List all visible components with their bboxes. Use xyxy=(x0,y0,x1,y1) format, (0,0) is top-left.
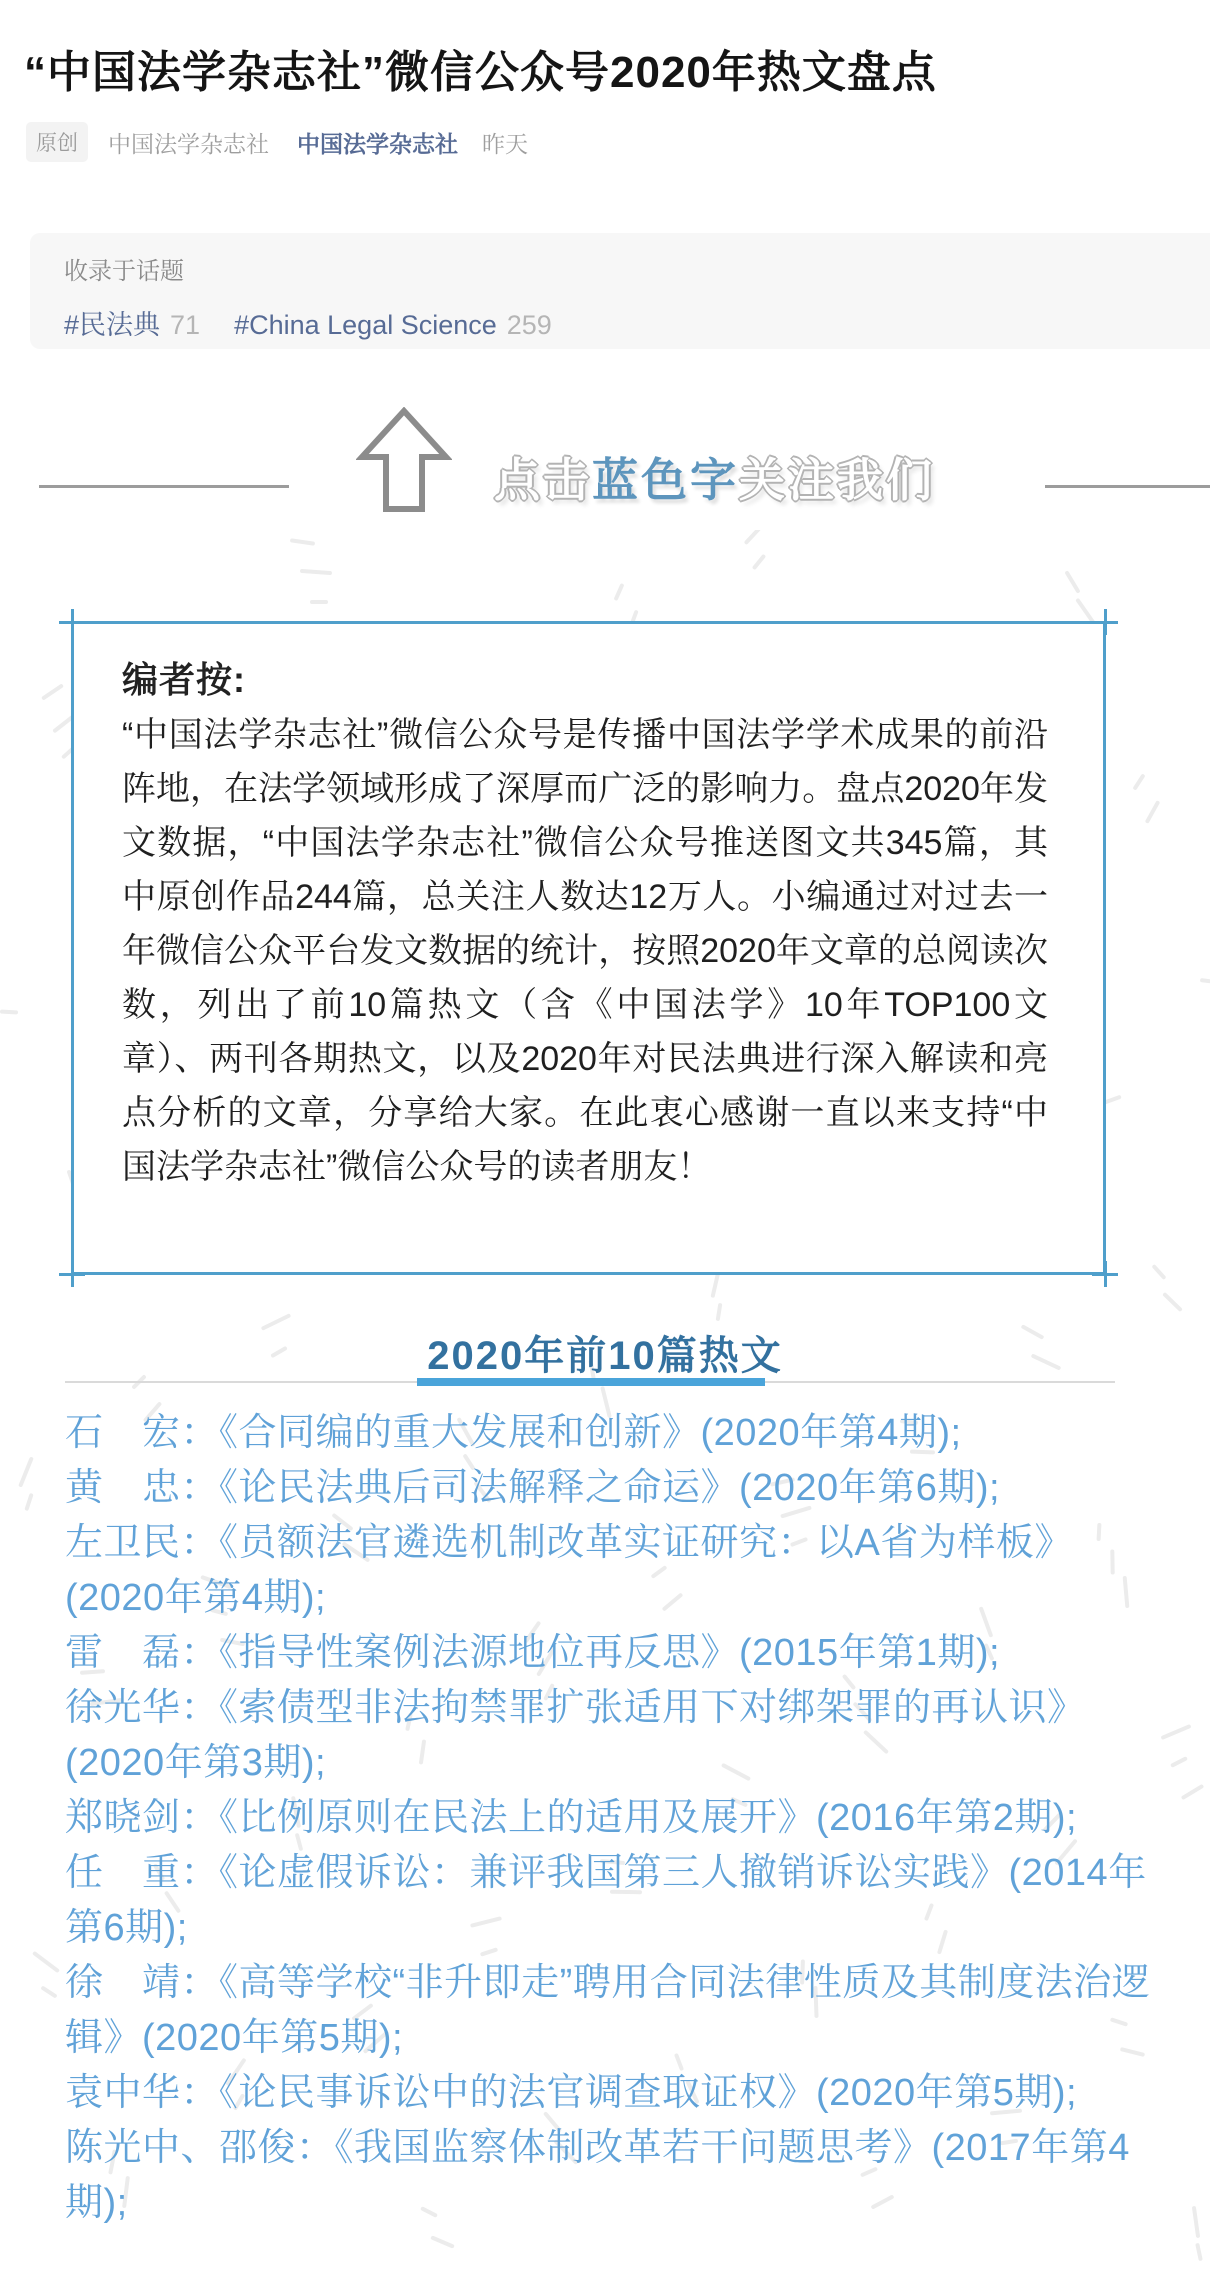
original-badge: 原创 xyxy=(26,122,88,162)
article-item: 郑晓剑：《比例原则在民法上的适用及展开》(2016年第2期); xyxy=(65,1791,1155,1846)
article-item: 左卫民：《员额法官遴选机制改革实证研究：以A省为样板》(2020年第4期); xyxy=(65,1516,1155,1626)
byline: 原创 中国法学杂志社 中国法学杂志社 昨天 xyxy=(26,122,528,162)
banner-text-suffix: 关注我们 xyxy=(739,454,935,506)
corner-mark-top-right xyxy=(1092,609,1118,635)
corner-mark-bottom-left xyxy=(59,1261,85,1287)
topic-count-minfadian: 71 xyxy=(170,310,200,340)
article-list: 石 宏：《合同编的重大发展和创新》(2020年第4期);黄 忠：《论民法典后司法… xyxy=(65,1406,1155,2231)
editor-note-body: “中国法学杂志社”微信公众号是传播中国法学学术成果的前沿阵地，在法学领域形成了深… xyxy=(122,708,1048,1194)
author-name: 中国法学杂志社 xyxy=(108,126,269,159)
editor-note-box: 编者按: “中国法学杂志社”微信公众号是传播中国法学学术成果的前沿阵地，在法学领… xyxy=(71,621,1106,1275)
topic-tag-cls[interactable]: #China Legal Science xyxy=(234,310,497,340)
section-title: 2020年前10篇热文 xyxy=(0,1324,1210,1381)
topic-card: 收录于话题 #民法典71#China Legal Science259 xyxy=(30,233,1210,349)
corner-mark-top-left xyxy=(59,609,85,635)
banner-text: 点击蓝色字关注我们 xyxy=(494,444,935,510)
editor-note-heading: 编者按: xyxy=(122,652,1055,708)
follow-banner: 点击蓝色字关注我们 xyxy=(0,350,1210,530)
banner-text-highlight: 蓝色字 xyxy=(592,454,739,506)
section-divider-accent xyxy=(417,1378,765,1386)
article-item: 黄 忠：《论民法典后司法解释之命运》(2020年第6期); xyxy=(65,1461,1155,1516)
banner-text-prefix: 点击 xyxy=(494,454,592,506)
article-item: 石 宏：《合同编的重大发展和创新》(2020年第4期); xyxy=(65,1406,1155,1461)
corner-mark-bottom-right xyxy=(1092,1261,1118,1287)
article-item: 徐 靖：《高等学校“非升即走”聘用合同法律性质及其制度法治逻辑》(2020年第5… xyxy=(65,1956,1155,2066)
up-arrow-icon xyxy=(356,407,452,513)
topic-tags: #民法典71#China Legal Science259 xyxy=(64,303,1210,342)
topic-tag-minfadian[interactable]: #民法典 xyxy=(64,310,160,340)
topic-count-cls: 259 xyxy=(507,310,552,340)
page-title: “中国法学杂志社”微信公众号2020年热文盘点 xyxy=(24,45,1184,101)
divider-right xyxy=(1045,485,1210,488)
article-item: 任 重：《论虚假诉讼：兼评我国第三人撤销诉讼实践》(2014年第6期); xyxy=(65,1846,1155,1956)
article-item: 雷 磊：《指导性案例法源地位再反思》(2015年第1期); xyxy=(65,1626,1155,1681)
topic-label: 收录于话题 xyxy=(64,251,1210,286)
publish-date: 昨天 xyxy=(482,126,528,159)
article-item: 袁中华：《论民事诉讼中的法官调查取证权》(2020年第5期); xyxy=(65,2066,1155,2121)
article-page: “中国法学杂志社”微信公众号2020年热文盘点 原创 中国法学杂志社 中国法学杂… xyxy=(0,0,1210,2270)
article-item: 徐光华：《索债型非法拘禁罪扩张适用下对绑架罪的再认识》(2020年第3期); xyxy=(65,1681,1155,1791)
divider-left xyxy=(39,485,289,488)
article-item: 陈光中、邵俊：《我国监察体制改革若干问题思考》(2017年第4期); xyxy=(65,2121,1155,2231)
account-link[interactable]: 中国法学杂志社 xyxy=(297,126,458,159)
lower-section: 编者按: “中国法学杂志社”微信公众号是传播中国法学学术成果的前沿阵地，在法学领… xyxy=(0,530,1210,2270)
